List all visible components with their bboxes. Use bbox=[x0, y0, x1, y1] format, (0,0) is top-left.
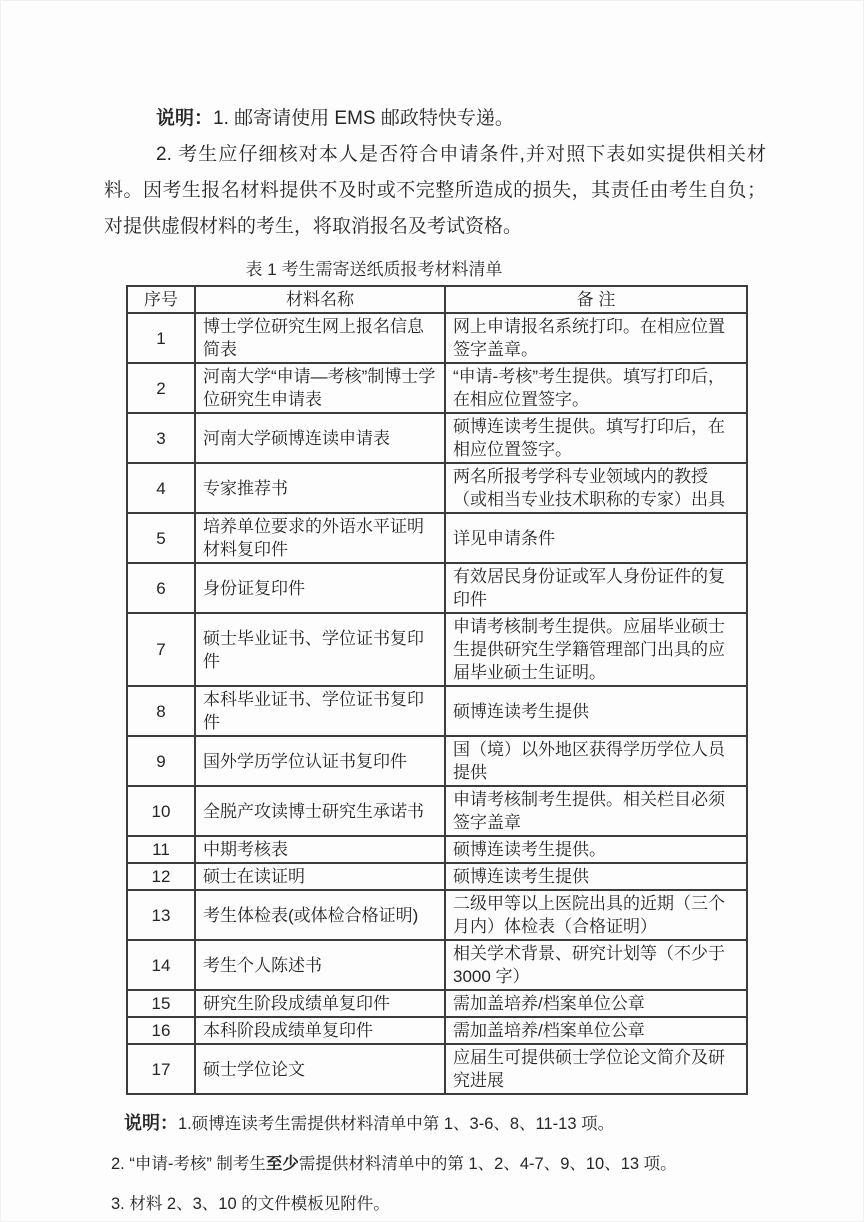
note-2-emphasis: 至少 bbox=[266, 1155, 299, 1173]
cell-no: 4 bbox=[127, 463, 195, 513]
table-row: 14考生个人陈述书相关学术背景、研究计划等（不少于3000 字） bbox=[127, 940, 747, 990]
cell-name: 中期考核表 bbox=[195, 836, 445, 863]
cell-remark: “申请-考核”考生提供。填写打印后，在相应位置签字。 bbox=[445, 363, 747, 413]
cell-remark: 网上申请报名系统打印。在相应位置签字盖章。 bbox=[445, 313, 747, 363]
header-cell-name: 材料名称 bbox=[195, 286, 445, 313]
cell-remark: 硕博连读考生提供。填写打印后，在相应位置签字。 bbox=[445, 413, 747, 463]
note-line-2: 2. “申请-考核” 制考生至少需提供材料清单中的第 1、2、4-7、9、10、… bbox=[111, 1151, 764, 1177]
cell-no: 6 bbox=[127, 563, 195, 613]
table-row: 10全脱产攻读博士研究生承诺书申请考核制考生提供。相关栏目必须签字盖章 bbox=[127, 786, 747, 836]
cell-no: 3 bbox=[127, 413, 195, 463]
intro-line-1: 说明：1. 邮寄请使用 EMS 邮政特快专递。 bbox=[104, 101, 766, 137]
cell-remark: 硕博连读考生提供 bbox=[445, 863, 747, 890]
cell-name: 硕士学位论文 bbox=[195, 1044, 445, 1094]
table-row: 15研究生阶段成绩单复印件需加盖培养/档案单位公章 bbox=[127, 990, 747, 1017]
table-row: 4专家推荐书两名所报考学科专业领域内的教授（或相当专业技术职称的专家）出具 bbox=[127, 463, 747, 513]
cell-name: 研究生阶段成绩单复印件 bbox=[195, 990, 445, 1017]
table-row: 3河南大学硕博连读申请表硕博连读考生提供。填写打印后，在相应位置签字。 bbox=[127, 413, 747, 463]
cell-remark: 二级甲等以上医院出具的近期（三个月内）体检表（合格证明） bbox=[445, 890, 747, 940]
cell-remark: 硕博连读考生提供。 bbox=[445, 836, 747, 863]
cell-remark: 需加盖培养/档案单位公章 bbox=[445, 1017, 747, 1044]
table-row: 12硕士在读证明硕博连读考生提供 bbox=[127, 863, 747, 890]
cell-remark: 需加盖培养/档案单位公章 bbox=[445, 990, 747, 1017]
notes-section: 说明：1.硕博连读考生需提供材料清单中第 1、3-6、8、11-13 项。 2.… bbox=[124, 1110, 764, 1217]
cell-name: 河南大学硕博连读申请表 bbox=[195, 413, 445, 463]
cell-remark: 硕博连读考生提供 bbox=[445, 686, 747, 736]
cell-name: 博士学位研究生网上报名信息简表 bbox=[195, 313, 445, 363]
cell-name: 全脱产攻读博士研究生承诺书 bbox=[195, 786, 445, 836]
cell-name: 硕士毕业证书、学位证书复印件 bbox=[195, 613, 445, 686]
materials-table-body: 1博士学位研究生网上报名信息简表网上申请报名系统打印。在相应位置签字盖章。2河南… bbox=[127, 313, 747, 1094]
table-row: 13考生体检表(或体检合格证明)二级甲等以上医院出具的近期（三个月内）体检表（合… bbox=[127, 890, 747, 940]
cell-name: 考生体检表(或体检合格证明) bbox=[195, 890, 445, 940]
cell-no: 15 bbox=[127, 990, 195, 1017]
intro-section: 说明：1. 邮寄请使用 EMS 邮政特快专递。 2. 考生应仔细核对本人是否符合… bbox=[104, 101, 766, 245]
cell-name: 河南大学“申请—考核”制博士学位研究生申请表 bbox=[195, 363, 445, 413]
cell-remark: 有效居民身份证或军人身份证件的复印件 bbox=[445, 563, 747, 613]
cell-remark: 相关学术背景、研究计划等（不少于3000 字） bbox=[445, 940, 747, 990]
note-2-post: 需提供材料清单中的第 1、2、4-7、9、10、13 项。 bbox=[299, 1155, 677, 1173]
header-row: 序号 材料名称 备 注 bbox=[127, 286, 747, 313]
cell-remark: 申请考核制考生提供。相关栏目必须签字盖章 bbox=[445, 786, 747, 836]
cell-no: 16 bbox=[127, 1017, 195, 1044]
cell-no: 11 bbox=[127, 836, 195, 863]
table-row: 8本科毕业证书、学位证书复印件硕博连读考生提供 bbox=[127, 686, 747, 736]
note-line-1: 说明：1.硕博连读考生需提供材料清单中第 1、3-6、8、11-13 项。 bbox=[124, 1110, 764, 1137]
intro-item-1: 1. 邮寄请使用 EMS 邮政特快专递。 bbox=[213, 108, 514, 129]
cell-no: 12 bbox=[127, 863, 195, 890]
table-row: 1博士学位研究生网上报名信息简表网上申请报名系统打印。在相应位置签字盖章。 bbox=[127, 313, 747, 363]
cell-name: 本科毕业证书、学位证书复印件 bbox=[195, 686, 445, 736]
notes-label: 说明： bbox=[124, 1113, 178, 1133]
cell-name: 身份证复印件 bbox=[195, 563, 445, 613]
cell-no: 5 bbox=[127, 513, 195, 563]
table-row: 7硕士毕业证书、学位证书复印件申请考核制考生提供。应届毕业硕士生提供研究生学籍管… bbox=[127, 613, 747, 686]
cell-no: 9 bbox=[127, 736, 195, 786]
table-row: 6身份证复印件有效居民身份证或军人身份证件的复印件 bbox=[127, 563, 747, 613]
cell-name: 培养单位要求的外语水平证明材料复印件 bbox=[195, 513, 445, 563]
table-row: 9国外学历学位认证书复印件国（境）以外地区获得学历学位人员提供 bbox=[127, 736, 747, 786]
note-1-text: 1.硕博连读考生需提供材料清单中第 1、3-6、8、11-13 项。 bbox=[178, 1115, 614, 1133]
note-2-pre: 2. “申请-考核” 制考生 bbox=[111, 1155, 266, 1173]
cell-no: 7 bbox=[127, 613, 195, 686]
cell-name: 硕士在读证明 bbox=[195, 863, 445, 890]
cell-no: 14 bbox=[127, 940, 195, 990]
header-cell-remark: 备 注 bbox=[445, 286, 747, 313]
note-line-3: 3. 材料 2、3、10 的文件模板见附件。 bbox=[111, 1191, 764, 1217]
cell-remark: 应届生可提供硕士学位论文简介及研究进展 bbox=[445, 1044, 747, 1094]
table-row: 11中期考核表硕博连读考生提供。 bbox=[127, 836, 747, 863]
materials-table: 序号 材料名称 备 注 1博士学位研究生网上报名信息简表网上申请报名系统打印。在… bbox=[126, 285, 748, 1095]
cell-no: 1 bbox=[127, 313, 195, 363]
cell-no: 10 bbox=[127, 786, 195, 836]
table-row: 17硕士学位论文应届生可提供硕士学位论文简介及研究进展 bbox=[127, 1044, 747, 1094]
intro-item-2: 2. 考生应仔细核对本人是否符合申请条件,并对照下表如实提供相关材料。因考生报名… bbox=[104, 137, 766, 245]
cell-no: 13 bbox=[127, 890, 195, 940]
cell-no: 8 bbox=[127, 686, 195, 736]
table-row: 16本科阶段成绩单复印件需加盖培养/档案单位公章 bbox=[127, 1017, 747, 1044]
cell-remark: 国（境）以外地区获得学历学位人员提供 bbox=[445, 736, 747, 786]
cell-name: 考生个人陈述书 bbox=[195, 940, 445, 990]
cell-remark: 两名所报考学科专业领域内的教授（或相当专业技术职称的专家）出具 bbox=[445, 463, 747, 513]
header-cell-no: 序号 bbox=[127, 286, 195, 313]
cell-name: 本科阶段成绩单复印件 bbox=[195, 1017, 445, 1044]
materials-table-header: 序号 材料名称 备 注 bbox=[127, 286, 747, 313]
table-title: 表 1 考生需寄送纸质报考材料清单 bbox=[104, 255, 644, 280]
document-page: 说明：1. 邮寄请使用 EMS 邮政特快专递。 2. 考生应仔细核对本人是否符合… bbox=[0, 0, 864, 1222]
cell-name: 国外学历学位认证书复印件 bbox=[195, 736, 445, 786]
table-row: 2河南大学“申请—考核”制博士学位研究生申请表“申请-考核”考生提供。填写打印后… bbox=[127, 363, 747, 413]
cell-no: 2 bbox=[127, 363, 195, 413]
table-row: 5培养单位要求的外语水平证明材料复印件详见申请条件 bbox=[127, 513, 747, 563]
cell-remark: 申请考核制考生提供。应届毕业硕士生提供研究生学籍管理部门出具的应届毕业硕士生证明… bbox=[445, 613, 747, 686]
cell-remark: 详见申请条件 bbox=[445, 513, 747, 563]
cell-no: 17 bbox=[127, 1044, 195, 1094]
cell-name: 专家推荐书 bbox=[195, 463, 445, 513]
intro-label: 说明： bbox=[156, 108, 213, 129]
